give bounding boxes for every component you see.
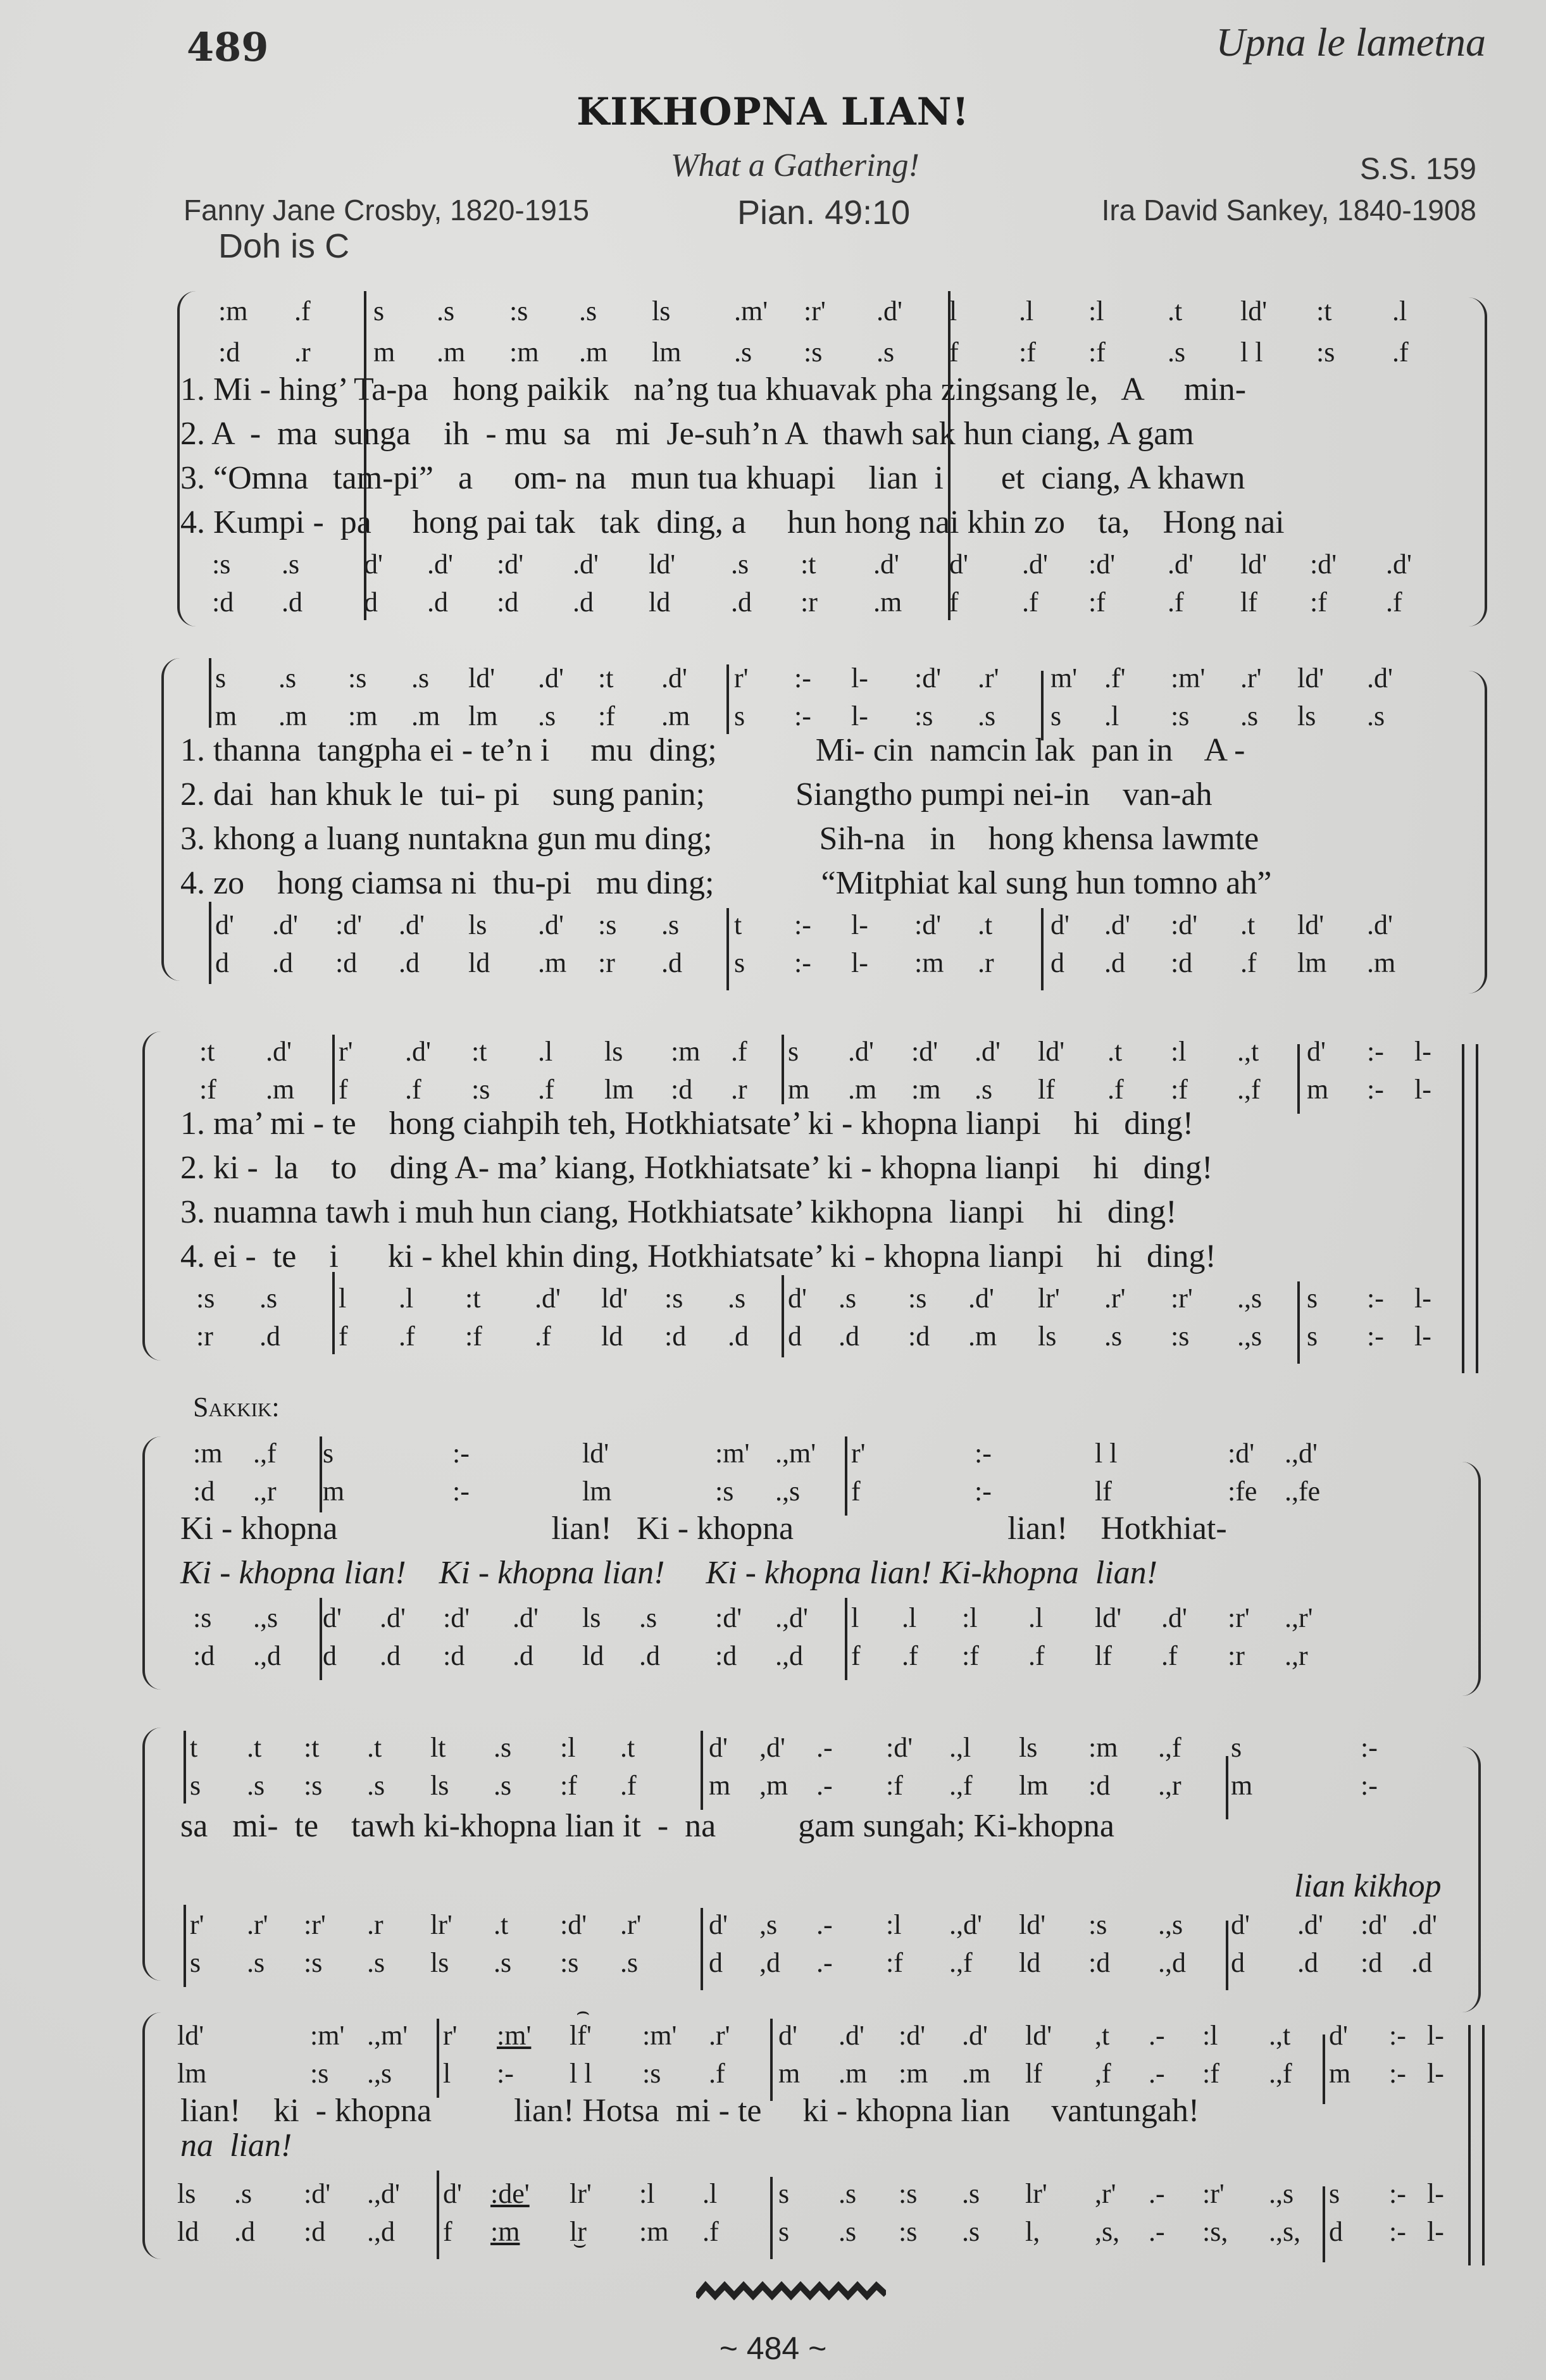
- solfa-note: .f: [1168, 589, 1184, 616]
- solfa-note: lm: [1019, 1772, 1048, 1800]
- solfa-note: .s: [962, 2180, 980, 2208]
- solfa-note: s: [778, 2218, 789, 2246]
- solfa-note: .l: [1392, 297, 1407, 325]
- solfa-note: :f: [886, 1772, 903, 1800]
- solfa-note: .s: [367, 1949, 385, 1977]
- solfa-note: d: [323, 1642, 337, 1670]
- solfa-note: .d: [513, 1642, 533, 1670]
- lyric-line: 3. “Omna tam-pi” a om- na mun tua khuapi…: [180, 462, 1245, 495]
- solfa-note: s: [788, 1038, 799, 1066]
- solfa-note: m: [778, 2060, 800, 2088]
- solfa-note: d': [1307, 1038, 1326, 1066]
- lyric-line: 3. khong a luang nuntakna gun mu ding; S…: [180, 823, 1259, 856]
- solfa-note: ,s: [759, 1911, 777, 1939]
- solfa-note: .t: [1168, 297, 1182, 325]
- solfa-note: .-: [816, 1911, 833, 1939]
- solfa-note: :s,: [1202, 2218, 1228, 2246]
- solfa-note: lr': [1038, 1285, 1060, 1312]
- solfa-note: :m: [348, 702, 377, 730]
- solfa-note: l l: [1095, 1440, 1117, 1467]
- solfa-note: :-: [975, 1478, 992, 1505]
- solfa-note: .,s: [367, 2060, 392, 2088]
- solfa-note: ld': [1019, 1911, 1045, 1939]
- solfa-note: :f: [1202, 2060, 1219, 2088]
- solfa-note: :t: [465, 1285, 480, 1312]
- solfa-note: .s: [838, 2180, 856, 2208]
- solfa-note: d': [364, 551, 383, 578]
- right-brace-icon: [1462, 1747, 1481, 2012]
- solfa-note: .,f: [949, 1772, 973, 1800]
- solfa-note: .f: [1022, 589, 1038, 616]
- solfa-note: :s: [509, 297, 528, 325]
- solfa-note: :t: [304, 1734, 319, 1762]
- solfa-note: :d': [1310, 551, 1337, 578]
- solfa-note: d': [215, 911, 234, 939]
- solfa-note: .l: [538, 1038, 552, 1066]
- solfa-note: .,s: [1237, 1285, 1262, 1312]
- solfa-note: :s: [804, 339, 822, 366]
- solfa-note: .d': [538, 664, 564, 692]
- solfa-note: .,d: [253, 1642, 281, 1670]
- solfa-note: :d': [1171, 911, 1197, 939]
- solfa-note: s: [1231, 1734, 1242, 1762]
- bar-line: [184, 1731, 186, 1804]
- lyricist: Fanny Jane Crosby, 1820-1915: [184, 193, 589, 227]
- solfa-note: .d': [1297, 1911, 1323, 1939]
- solfa-note: :d: [497, 589, 518, 616]
- solfa-note: .d': [968, 1285, 994, 1312]
- bar-line: [320, 1598, 322, 1680]
- solfa-note: .,d': [1285, 1440, 1318, 1467]
- solfa-note: .t: [1107, 1038, 1122, 1066]
- scripture-reference: Pian. 49:10: [737, 193, 910, 232]
- solfa-note: :f: [1088, 339, 1106, 366]
- solfa-note: f: [851, 1478, 861, 1505]
- solfa-note: s: [734, 702, 745, 730]
- solfa-note: .,d: [367, 2218, 395, 2246]
- solfa-note: .d': [513, 1604, 539, 1632]
- lyric-line: 2. A - ma sunga ih - mu sa mi Je-suh’n A…: [180, 418, 1194, 451]
- hymn-number: 489: [187, 24, 268, 70]
- solfa-note: :l: [1171, 1038, 1186, 1066]
- solfa-note: l-: [1427, 2218, 1444, 2246]
- solfa-note: :s: [914, 702, 933, 730]
- solfa-note: .r': [1104, 1285, 1126, 1312]
- solfa-note: :s: [899, 2218, 917, 2246]
- solfa-note: .s: [1168, 339, 1185, 366]
- solfa-note: :f: [1171, 1076, 1188, 1104]
- solfa-note: ld': [582, 1440, 609, 1467]
- solfa-note: :-: [1367, 1285, 1384, 1312]
- lyric-line: Ki - khopna lian! Ki - khopna lian! Hotk…: [180, 1512, 1227, 1545]
- solfa-note: d': [1050, 911, 1069, 939]
- bar-line: [437, 2171, 439, 2259]
- solfa-note: .,s: [253, 1604, 278, 1632]
- left-brace-icon: [142, 1436, 161, 1690]
- solfa-note: .d': [1411, 1911, 1437, 1939]
- bar-line: [332, 1272, 335, 1354]
- lyric-line: lian! ki - khopna lian! Hotsa mi - te ki…: [180, 2095, 1199, 2128]
- solfa-note: l-: [1414, 1323, 1431, 1350]
- solfa-note: :s: [348, 664, 366, 692]
- solfa-note: .d': [975, 1038, 1001, 1066]
- bar-line: [364, 541, 366, 620]
- solfa-note: d: [1231, 1949, 1245, 1977]
- solfa-note: .d: [282, 589, 302, 616]
- solfa-note: f: [949, 589, 959, 616]
- lyric-line: 4. zo hong ciamsa ni thu-pi mu ding; “Mi…: [180, 867, 1271, 900]
- solfa-note: .,f: [1158, 1734, 1181, 1762]
- bar-line: [845, 1598, 847, 1680]
- solfa-note: s: [190, 1949, 201, 1977]
- bar-line: [1323, 2186, 1325, 2262]
- lyric-line-echo: Ki - khopna lian! Ki - khopna lian! Ki -…: [180, 1557, 1157, 1590]
- solfa-note: :d: [908, 1323, 930, 1350]
- zigzag-ornament-icon: [696, 2278, 886, 2303]
- solfa-note: :r': [1228, 1604, 1250, 1632]
- solfa-note: .f: [294, 297, 311, 325]
- solfa-note: .s: [278, 664, 296, 692]
- solfa-note: ld: [601, 1323, 623, 1350]
- solfa-note: .,t: [1269, 2022, 1290, 2050]
- solfa-note: ,d: [759, 1949, 780, 1977]
- solfa-note: d': [323, 1604, 342, 1632]
- solfa-note: .d': [573, 551, 599, 578]
- solfa-note: .s: [620, 1949, 638, 1977]
- solfa-note: .m: [411, 702, 440, 730]
- solfa-note: d': [778, 2022, 797, 2050]
- solfa-note: :m: [509, 339, 539, 366]
- solfa-note: .,d: [1158, 1949, 1186, 1977]
- solfa-note: lf: [1025, 2060, 1042, 2088]
- solfa-note: .d': [1022, 551, 1048, 578]
- solfa-note: .s: [731, 551, 749, 578]
- solfa-note: .s: [728, 1285, 745, 1312]
- solfa-note: :d': [715, 1604, 742, 1632]
- solfa-note: f: [443, 2218, 452, 2246]
- solfa-note: .s: [838, 2218, 856, 2246]
- lyric-line: 3. nuamna tawh i muh hun ciang, Hotkhiat…: [180, 1196, 1177, 1229]
- left-brace-icon: [142, 1031, 161, 1361]
- solfa-note: lm: [1297, 949, 1326, 977]
- bar-line: [320, 1436, 322, 1512]
- solfa-note: :-: [1389, 2022, 1406, 2050]
- left-brace-icon: [142, 1728, 161, 1981]
- solfa-note: :d': [886, 1734, 913, 1762]
- solfa-note: .l: [1104, 702, 1119, 730]
- solfa-note: .m: [968, 1323, 997, 1350]
- solfa-note: lm: [604, 1076, 633, 1104]
- solfa-note: .s: [1240, 702, 1258, 730]
- solfa-note: :-: [1367, 1323, 1384, 1350]
- solfa-note: .-: [1149, 2060, 1165, 2088]
- solfa-note: .f: [731, 1038, 747, 1066]
- solfa-note: ld': [1297, 911, 1324, 939]
- solfa-note: ld': [1025, 2022, 1052, 2050]
- solfa-note: .t: [247, 1734, 261, 1762]
- solfa-note: .s: [367, 1772, 385, 1800]
- solfa-note: :s: [193, 1604, 211, 1632]
- solfa-note: .f: [1240, 949, 1257, 977]
- solfa-note: .f: [702, 2218, 719, 2246]
- solfa-note: .r': [978, 664, 999, 692]
- solfa-note: :l: [886, 1911, 901, 1939]
- bar-line: [1297, 1044, 1300, 1114]
- solfa-note: m: [1307, 1076, 1328, 1104]
- solfa-note: :d': [497, 551, 523, 578]
- solfa-note: .,d': [775, 1604, 808, 1632]
- solfa-note: ls: [652, 297, 670, 325]
- solfa-note: .d: [639, 1642, 660, 1670]
- solfa-note: :f: [465, 1323, 482, 1350]
- solfa-note: :r': [1202, 2180, 1225, 2208]
- solfa-note: .m: [962, 2060, 990, 2088]
- solfa-note: l-: [1427, 2060, 1444, 2088]
- solfa-note: .m': [734, 297, 768, 325]
- solfa-note: l-: [1414, 1076, 1431, 1104]
- hymn-title: KIKHOPNA LIAN!: [0, 90, 1546, 134]
- solfa-note: s: [778, 2180, 789, 2208]
- solfa-note: .d: [661, 949, 682, 977]
- solfa-note: .d': [380, 1604, 406, 1632]
- solfa-note: .f: [1161, 1642, 1178, 1670]
- solfa-note: l-: [1427, 2180, 1444, 2208]
- solfa-note: .,f: [949, 1949, 973, 1977]
- solfa-note: d: [1050, 949, 1064, 977]
- solfa-note: :r: [196, 1323, 213, 1350]
- solfa-note: :s: [1171, 702, 1189, 730]
- solfa-note: .f': [1104, 664, 1126, 692]
- solfa-note: r': [190, 1911, 204, 1939]
- solfa-note: m: [1231, 1772, 1252, 1800]
- solfa-note: .f: [1028, 1642, 1045, 1670]
- solfa-note: s: [734, 949, 745, 977]
- solfa-note: .d': [535, 1285, 561, 1312]
- solfa-note: :d: [193, 1642, 215, 1670]
- solfa-note: .r: [367, 1911, 383, 1939]
- solfa-note: s: [1329, 2180, 1340, 2208]
- solfa-note: .-: [816, 1772, 833, 1800]
- solfa-note: ls: [1019, 1734, 1037, 1762]
- solfa-note: .s: [234, 2180, 252, 2208]
- solfa-note: .,s: [1269, 2180, 1294, 2208]
- solfa-note: :r': [804, 297, 826, 325]
- solfa-note: .m: [579, 339, 608, 366]
- solfa-note: .s: [975, 1076, 992, 1104]
- solfa-note: l l: [570, 2060, 592, 2088]
- solfa-note: m': [1050, 664, 1077, 692]
- solfa-note: .,d': [367, 2180, 400, 2208]
- right-brace-icon: [1468, 297, 1487, 626]
- solfa-note: .d: [399, 949, 420, 977]
- solfa-note: .l: [902, 1604, 916, 1632]
- solfa-note: :l: [962, 1604, 977, 1632]
- solfa-note: .m: [437, 339, 465, 366]
- solfa-note: :m: [490, 2218, 520, 2246]
- bar-line: [1226, 1921, 1228, 1990]
- solfa-note: .d': [1161, 1604, 1187, 1632]
- solfa-note: :d': [560, 1911, 587, 1939]
- solfa-note: lr': [430, 1911, 452, 1939]
- solfa-note: :m': [497, 2022, 531, 2050]
- solfa-note: :s: [471, 1076, 490, 1104]
- solfa-note: ls: [582, 1604, 601, 1632]
- solfa-note: .,d: [775, 1642, 803, 1670]
- solfa-note: ls: [430, 1949, 449, 1977]
- solfa-note: :-: [1367, 1076, 1384, 1104]
- lyric-line: 4. Kumpi - pa hong pai tak tak ding, a h…: [180, 506, 1285, 539]
- solfa-note: l-: [851, 911, 868, 939]
- solfa-note: .,m': [367, 2022, 408, 2050]
- solfa-note: :s: [304, 1772, 322, 1800]
- solfa-note: m: [788, 1076, 809, 1104]
- solfa-note: .,s: [1158, 1911, 1183, 1939]
- solfa-note: :d': [911, 1038, 938, 1066]
- solfa-note: :t: [1316, 297, 1331, 325]
- solfa-note: ld': [1297, 664, 1324, 692]
- solfa-note: .d': [1367, 911, 1393, 939]
- english-title: What a Gathering!: [671, 147, 919, 184]
- solfa-note: .s: [1104, 1323, 1122, 1350]
- bar-line: [332, 1035, 335, 1104]
- solfa-note: :m: [914, 949, 944, 977]
- solfa-note: :s: [715, 1478, 733, 1505]
- bar-line: [184, 1905, 186, 1987]
- solfa-note: .s: [876, 339, 894, 366]
- solfa-note: .r: [731, 1076, 747, 1104]
- solfa-note: :s: [598, 911, 616, 939]
- solfa-note: l-: [851, 702, 868, 730]
- solfa-note: :l: [560, 1734, 575, 1762]
- fermata-icon: ⌣: [573, 2234, 587, 2255]
- bar-line: [1041, 671, 1044, 740]
- solfa-note: .s: [538, 702, 556, 730]
- solfa-note: .d: [728, 1323, 749, 1350]
- solfa-note: .l: [1019, 297, 1033, 325]
- solfa-note: .r': [247, 1911, 268, 1939]
- bar-line: [209, 902, 211, 984]
- solfa-note: .d': [962, 2022, 988, 2050]
- solfa-note: :r: [598, 949, 615, 977]
- solfa-note: .s: [494, 1949, 511, 1977]
- solfa-note: :d: [1171, 949, 1192, 977]
- solfa-note: :d': [914, 664, 941, 692]
- solfa-note: m: [1329, 2060, 1350, 2088]
- solfa-note: :-: [794, 664, 811, 692]
- solfa-note: .-: [816, 1734, 833, 1762]
- solfa-note: .s: [259, 1285, 277, 1312]
- solfa-note: lm: [582, 1478, 611, 1505]
- solfa-note: :m': [1171, 664, 1205, 692]
- solfa-note: l: [443, 2060, 451, 2088]
- solfa-note: :s: [560, 1949, 578, 1977]
- solfa-note: ls: [1038, 1323, 1056, 1350]
- solfa-note: .s: [437, 297, 454, 325]
- solfa-note: .d': [661, 664, 687, 692]
- solfa-note: f: [339, 1076, 348, 1104]
- solfa-note: :d': [1361, 1911, 1387, 1939]
- bar-line: [782, 1275, 784, 1357]
- lyric-line: 1. Mi - hing’ Ta-pa hong paikik na’ng tu…: [180, 373, 1246, 406]
- solfa-note: .s: [247, 1949, 265, 1977]
- solfa-note: .s: [494, 1734, 511, 1762]
- solfa-note: d': [788, 1285, 807, 1312]
- solfa-note: .d': [272, 911, 298, 939]
- solfa-note: .,r': [1285, 1604, 1313, 1632]
- solfa-note: .s: [247, 1772, 265, 1800]
- solfa-note: lm: [652, 339, 681, 366]
- solfa-note: .d': [873, 551, 899, 578]
- solfa-note: ld': [177, 2022, 204, 2050]
- lyric-line: 2. ki - la to ding A- ma’ kiang, Hotkhia…: [180, 1152, 1212, 1185]
- solfa-note: ls: [430, 1772, 449, 1800]
- left-brace-icon: [161, 658, 180, 981]
- solfa-note: :f: [199, 1076, 216, 1104]
- solfa-note: l-: [851, 664, 868, 692]
- solfa-note: ld': [601, 1285, 628, 1312]
- lyric-line: sa mi- te tawh ki-khopna lian it - na ga…: [180, 1810, 1114, 1843]
- solfa-note: .s: [734, 339, 752, 366]
- solfa-note: .d: [573, 589, 594, 616]
- solfa-note: ls: [177, 2180, 196, 2208]
- solfa-note: .d: [838, 1323, 859, 1350]
- solfa-note: .f: [405, 1076, 421, 1104]
- page-number: ~ 484 ~: [0, 2330, 1546, 2367]
- solfa-note: .r: [294, 339, 311, 366]
- section-title: Upna le lametna: [1216, 19, 1486, 66]
- solfa-note: .,r: [1158, 1772, 1181, 1800]
- solfa-note: lf: [1240, 589, 1257, 616]
- solfa-note: .t: [978, 911, 992, 939]
- solfa-note: :-: [1367, 1038, 1384, 1066]
- solfa-note: .l: [1028, 1604, 1043, 1632]
- solfa-note: lm: [177, 2060, 206, 2088]
- solfa-note: l-: [1414, 1285, 1431, 1312]
- solfa-note: .l: [399, 1285, 413, 1312]
- solfa-note: :f: [1310, 589, 1327, 616]
- solfa-note: :m: [218, 297, 247, 325]
- solfa-note: .d: [1104, 949, 1125, 977]
- solfa-note: :d': [335, 911, 362, 939]
- solfa-note: m: [373, 339, 395, 366]
- solfa-note: .d': [1104, 911, 1130, 939]
- left-brace-icon: [142, 2012, 161, 2259]
- solfa-note: .d': [399, 911, 425, 939]
- solfa-note: .r: [978, 949, 994, 977]
- solfa-note: .t: [367, 1734, 382, 1762]
- solfa-note: .,l: [949, 1734, 971, 1762]
- solfa-note: .-: [1149, 2180, 1165, 2208]
- solfa-note: .d: [380, 1642, 401, 1670]
- solfa-note: f: [949, 339, 959, 366]
- solfa-note: :d: [1361, 1949, 1382, 1977]
- solfa-note: s: [190, 1772, 201, 1800]
- solfa-note: :s: [196, 1285, 215, 1312]
- solfa-note: :d: [1088, 1772, 1110, 1800]
- solfa-note: :r': [304, 1911, 326, 1939]
- composer: Ira David Sankey, 1840-1908: [1102, 193, 1476, 227]
- solfa-note: .r': [1240, 664, 1262, 692]
- solfa-note: :l: [1088, 297, 1104, 325]
- solfa-note: .d': [538, 911, 564, 939]
- solfa-note: .,s: [1237, 1323, 1262, 1350]
- solfa-note: :s: [642, 2060, 661, 2088]
- solfa-note: :f: [886, 1949, 903, 1977]
- solfa-note: :-: [794, 911, 811, 939]
- solfa-note: .,r: [253, 1478, 277, 1505]
- solfa-note: ,f: [1095, 2060, 1111, 2088]
- bar-line: [770, 2019, 773, 2101]
